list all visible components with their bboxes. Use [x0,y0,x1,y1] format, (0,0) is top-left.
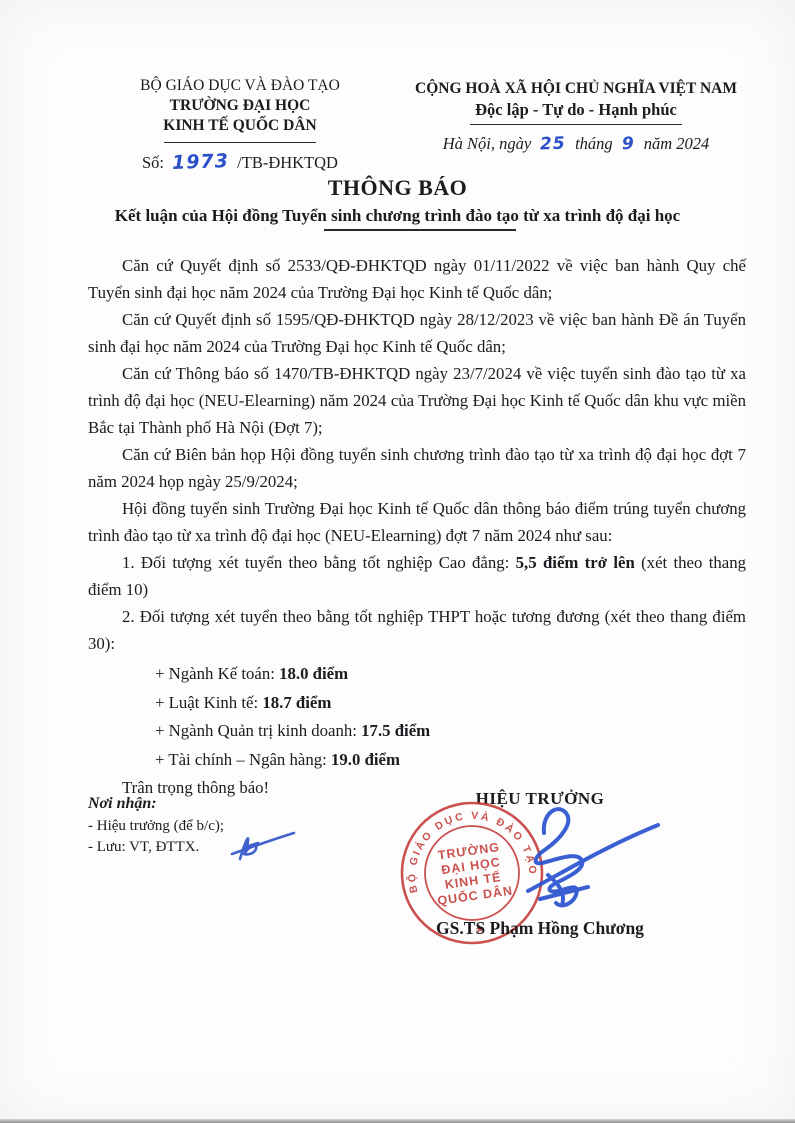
recipient-item-2: - Lưu: VT, ĐTTX. [88,837,224,858]
date-month-handwritten: 9 [621,134,635,155]
major-row-economic-law: + Luật Kinh tế: 18.7 điểm [88,689,746,718]
document-subtitle: Kết luận của Hội đồng Tuyển sinh chương … [0,206,795,226]
national-motto-block: CỘNG HOÀ XÃ HỘI CHỦ NGHĨA VIỆT NAM Độc l… [398,78,754,155]
document-title: THÔNG BÁO [0,175,795,201]
major-label: + Luật Kinh tế: [155,693,262,712]
motto-divider [470,124,682,125]
recipients-block: Nơi nhận: - Hiệu trưởng (để b/c); - Lưu:… [88,793,224,858]
paragraph-item-2: 2. Đối tượng xét tuyển theo bằng tốt ngh… [88,603,746,657]
signer-name: GS.TS Phạm Hồng Chương [400,918,680,939]
major-row-accounting: + Ngành Kế toán: 18.0 điểm [88,660,746,689]
subtitle-underline [324,229,516,231]
date-place: Hà Nội, ngày [443,134,531,153]
clerk-initials-ink [218,823,300,867]
date-year: năm 2024 [644,134,710,153]
majors-list: + Ngành Kế toán: 18.0 điểm + Luật Kinh t… [88,660,746,774]
paragraph-announcement: Hội đồng tuyển sinh Trường Đại học Kinh … [88,495,746,549]
major-row-finance-banking: + Tài chính – Ngân hàng: 19.0 điểm [88,746,746,775]
university-name-line1: TRƯỜNG ĐẠI HỌC [112,96,368,116]
ministry-name: BỘ GIÁO DỤC VÀ ĐÀO TẠO [112,76,368,96]
major-label: + Ngành Kế toán: [155,664,279,683]
major-label: + Tài chính – Ngân hàng: [155,750,331,769]
document-number-handwritten: 1973 [172,151,230,173]
paragraph-basis-1: Căn cứ Quyết định số 2533/QĐ-ĐHKTQD ngày… [88,252,746,306]
recipients-title: Nơi nhận: [88,793,224,814]
paragraph-basis-4: Căn cứ Biên bản họp Hội đồng tuyển sinh … [88,441,746,495]
date-day-handwritten: 25 [540,134,566,156]
date-month-label: tháng [575,134,613,153]
major-score: 18.7 điểm [262,693,331,712]
major-score: 17.5 điểm [361,721,430,740]
paragraph-basis-3: Căn cứ Thông báo số 1470/TB-ĐHKTQD ngày … [88,360,746,441]
date-line: Hà Nội, ngày 25 tháng 9 năm 2024 [398,133,754,155]
major-score: 19.0 điểm [331,750,400,769]
major-label: + Ngành Quản trị kinh doanh: [155,721,361,740]
paragraph-basis-2: Căn cứ Quyết định số 1595/QĐ-ĐHKTQD ngày… [88,306,746,360]
paragraph-item-1: 1. Đối tượng xét tuyển theo bằng tốt ngh… [88,549,746,603]
university-name-line2: KINH TẾ QUỐC DÂN [112,116,368,136]
document-number-suffix: /TB-ĐHKTQD [237,153,338,172]
scan-edge-artifact [0,1119,795,1123]
document-number: Số: 1973 /TB-ĐHKTQD [112,152,368,173]
recipient-item-1: - Hiệu trưởng (để b/c); [88,816,224,837]
country-name: CỘNG HOÀ XÃ HỘI CHỦ NGHĨA VIỆT NAM [398,78,754,99]
major-row-business-admin: + Ngành Quản trị kinh doanh: 17.5 điểm [88,717,746,746]
motto: Độc lập - Tự do - Hạnh phúc [398,99,754,120]
document-body: Căn cứ Quyết định số 2533/QĐ-ĐHKTQD ngày… [88,252,746,801]
org-divider [164,142,316,143]
document-page: BỘ GIÁO DỤC VÀ ĐÀO TẠO TRƯỜNG ĐẠI HỌC KI… [0,0,795,1123]
issuing-org-block: BỘ GIÁO DỤC VÀ ĐÀO TẠO TRƯỜNG ĐẠI HỌC KI… [112,76,368,173]
item1-score: 5,5 điểm trở lên [516,553,635,572]
document-title-block: THÔNG BÁO Kết luận của Hội đồng Tuyển si… [0,175,795,231]
major-score: 18.0 điểm [279,664,348,683]
item1-text: 1. Đối tượng xét tuyển theo bằng tốt ngh… [122,553,516,572]
document-number-prefix: Số: [142,153,164,172]
signature-ink [492,799,664,917]
